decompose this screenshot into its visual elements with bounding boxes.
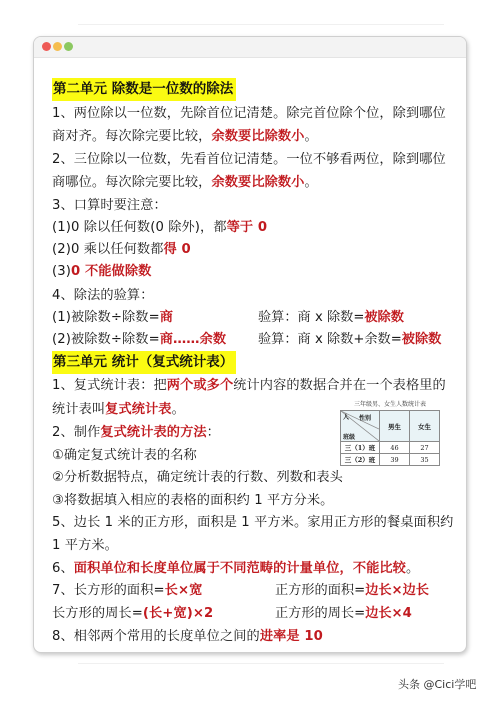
emphasis-text: 复式统计表的方法 xyxy=(100,425,206,440)
text: 正方形的面积= xyxy=(275,583,365,598)
text: (2)0 乘以任何数都 xyxy=(52,242,164,257)
window-titlebar xyxy=(34,37,466,58)
row-label: 三（2）班 xyxy=(341,454,380,466)
unit2-item3-sub1: (1)0 除以任何数(0 除外)，都等于 0 xyxy=(52,218,267,238)
text: 统计内容的数据合并在一个表格里的 xyxy=(233,378,446,393)
emphasis-text: 余数要比除数小 xyxy=(211,175,304,190)
unit3-item1-line1: 1、复式统计表：把两个或多个统计内容的数据合并在一个表格里的 xyxy=(52,376,446,396)
text: ： xyxy=(207,425,220,440)
table-cell: 27 xyxy=(410,442,440,454)
emphasis-text: (长+宽)×2 xyxy=(143,606,213,621)
emphasis-text: 边长×边长 xyxy=(365,583,429,598)
emphasis-text: 两个或多个 xyxy=(167,378,233,393)
text: 验算：商 x 除数= xyxy=(258,310,364,325)
unit3-item5-line1: 5、边长 1 米的正方形，面积是 1 平方米。家用正方形的餐桌面积约 xyxy=(52,513,453,533)
unit3-item7-rect-perimeter: 长方形的周长=(长+宽)×2 xyxy=(52,604,213,624)
text: 长方形的周长= xyxy=(52,606,143,621)
unit2-item2-line1: 2、三位除以一位数，先看首位记清楚。一位不够看两位，除到哪位 xyxy=(52,150,446,170)
column-header-girls: 女生 xyxy=(410,411,440,442)
text: 统计表叫 xyxy=(52,402,105,417)
table-row: 三（1）班 46 27 xyxy=(341,442,440,454)
unit2-heading: 第二单元 除数是一位数的除法 xyxy=(52,78,236,101)
text: 验算：商 x 除数+余数= xyxy=(258,332,402,347)
unit3-item2-step2: ②分析数据特点，确定统计表的行数、列数和表头 xyxy=(52,468,343,488)
text: (3) xyxy=(52,264,71,279)
text: 正方形的周长= xyxy=(275,606,365,621)
text: (2)被除数÷除数= xyxy=(52,332,160,347)
unit3-item2-step1: ①确定复式统计表的名称 xyxy=(52,446,197,466)
corner-label-class: 班级 xyxy=(343,432,355,441)
unit2-item1-line2: 商对齐。每次除完要比较，余数要比除数小。 xyxy=(52,127,318,147)
unit3-item2-title: 2、制作复式统计表的方法： xyxy=(52,423,220,443)
emphasis-text: 得 0 xyxy=(164,242,191,257)
unit2-item1-line1: 1、两位除以一位数，先除首位记清楚。除完首位除个位，除到哪位 xyxy=(52,104,446,124)
emphasis-text: 商 xyxy=(160,310,173,325)
example-table-title: 三年级男、女生人数统计表 xyxy=(340,401,440,409)
unit3-item2-step3: ③将数据填入相应的表格的面积约 1 平方分米。 xyxy=(52,491,333,511)
emphasis-text: 等于 0 xyxy=(227,220,268,235)
unit3-item7-square-perimeter: 正方形的周长=边长×4 xyxy=(275,604,412,624)
table-cell: 35 xyxy=(410,454,440,466)
table-cell: 39 xyxy=(380,454,410,466)
emphasis-text: 余数要比除数小 xyxy=(211,129,304,144)
text: 商对齐。每次除完要比较， xyxy=(52,129,211,144)
unit2-item2-line2: 商哪位。每次除完要比较，余数要比除数小。 xyxy=(52,173,318,193)
emphasis-text: 0 不能做除数 xyxy=(71,264,151,279)
unit2-item4-title: 4、除法的验算： xyxy=(52,286,154,306)
emphasis-text: 进率是 10 xyxy=(260,629,323,644)
text: 。 xyxy=(304,175,317,190)
maximize-window-icon[interactable] xyxy=(64,42,73,51)
emphasis-text: 长×宽 xyxy=(165,583,203,598)
table-row: 三（2）班 39 35 xyxy=(341,454,440,466)
unit3-item5-line2: 1 平方米。 xyxy=(52,536,118,556)
row-label: 三（1）班 xyxy=(341,442,380,454)
text: (1)被除数÷除数= xyxy=(52,310,160,325)
text: 6、 xyxy=(52,561,74,576)
text: 7、长方形的面积= xyxy=(52,583,165,598)
top-divider xyxy=(78,24,444,25)
text: 2、制作 xyxy=(52,425,100,440)
emphasis-text: 被除数 xyxy=(402,332,442,347)
text: 1、复式统计表：把 xyxy=(52,378,167,393)
text: (1)0 除以任何数(0 除外)，都 xyxy=(52,220,227,235)
unit3-item7-rect-area: 7、长方形的面积=长×宽 xyxy=(52,581,202,601)
corner-label-people: 人 xyxy=(343,412,349,421)
unit2-item3-sub2: (2)0 乘以任何数都得 0 xyxy=(52,240,191,260)
example-table-grid: 人 性别 班级 男生 女生 三（1）班 46 27 三（2）班 39 35 xyxy=(340,410,440,466)
column-header-boys: 男生 xyxy=(380,411,410,442)
table-corner-cell: 人 性别 班级 xyxy=(341,411,380,442)
emphasis-text: 边长×4 xyxy=(365,606,412,621)
author-watermark: 头条 @Cici学吧 xyxy=(398,676,476,692)
text: 商哪位。每次除完要比较， xyxy=(52,175,211,190)
emphasis-text: 复式统计表 xyxy=(105,402,171,417)
minimize-window-icon[interactable] xyxy=(53,42,62,51)
text: 。 xyxy=(304,129,317,144)
unit2-item3-sub3: (3)0 不能做除数 xyxy=(52,262,151,282)
unit2-item4-check2: 验算：商 x 除数+余数=被除数 xyxy=(258,330,441,350)
unit3-heading: 第三单元 统计（复式统计表） xyxy=(52,351,236,374)
unit2-item3-title: 3、口算时要注意： xyxy=(52,196,167,216)
unit3-item1-line2: 统计表叫复式统计表。 xyxy=(52,400,185,420)
corner-label-gender: 性别 xyxy=(359,413,371,422)
example-compound-table: 三年级男、女生人数统计表 人 性别 班级 男生 女生 三（1）班 46 27 三… xyxy=(340,401,440,466)
close-window-icon[interactable] xyxy=(42,42,51,51)
emphasis-text: 商……余数 xyxy=(160,332,226,347)
emphasis-text: 被除数 xyxy=(364,310,404,325)
text: 8、相邻两个常用的长度单位之间的 xyxy=(52,629,260,644)
table-cell: 46 xyxy=(380,442,410,454)
text: 。 xyxy=(406,561,419,576)
unit3-item7-square-area: 正方形的面积=边长×边长 xyxy=(275,581,429,601)
unit2-item4-check1: 验算：商 x 除数=被除数 xyxy=(258,308,404,328)
unit2-item4-sub1: (1)被除数÷除数=商 xyxy=(52,308,173,328)
text: 。 xyxy=(172,402,185,417)
bottom-divider xyxy=(78,663,444,664)
emphasis-text: 面积单位和长度单位属于不同范畴的计量单位，不能比较 xyxy=(74,561,406,576)
unit3-item8: 8、相邻两个常用的长度单位之间的进率是 10 xyxy=(52,627,323,647)
unit2-item4-sub2: (2)被除数÷除数=商……余数 xyxy=(52,330,226,350)
unit3-item6: 6、面积单位和长度单位属于不同范畴的计量单位，不能比较。 xyxy=(52,559,419,579)
